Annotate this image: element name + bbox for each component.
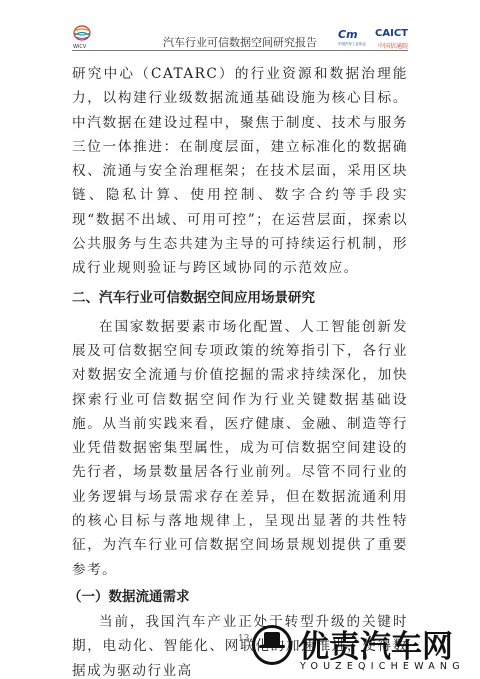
- page-body: 研究中心（CATARC）的行业资源和数据治理能力，以构建行业级数据流通基础设施为…: [72, 62, 408, 679]
- cm-logo: Cm: [338, 28, 358, 41]
- section-heading-2: 二、汽车行业可信数据空间应用场景研究: [72, 287, 408, 309]
- page-header: WICV 汽车行业可信数据空间研究报告 Cm 中国汽车工业协会 CAICT 中国…: [72, 24, 408, 51]
- top-hat-icon: [252, 625, 292, 665]
- paragraph-1: 研究中心（CATARC）的行业资源和数据治理能力，以构建行业级数据流通基础设施为…: [72, 62, 408, 281]
- caict-logo: CAICT: [375, 28, 408, 39]
- partner-logos: Cm 中国汽车工业协会 CAICT 中国信通院: [338, 28, 408, 50]
- watermark-title: 优责汽车网: [298, 621, 453, 666]
- paragraph-2: 在国家数据要素市场化配置、人工智能创新发展及可信数据空间专项政策的统筹指引下，各…: [72, 315, 408, 582]
- watermark-subtitle: YOUZEQICHEWANG: [300, 661, 465, 672]
- subsection-heading-1: （一）数据流通需求: [68, 586, 408, 608]
- page-number: 13: [238, 634, 249, 644]
- caict-logo-subtitle: 中国信通院: [378, 41, 408, 50]
- cm-logo-subtitle: 中国汽车工业协会: [338, 42, 366, 47]
- watermark-logo: 优责汽车网 YOUZEQICHEWANG: [252, 617, 477, 677]
